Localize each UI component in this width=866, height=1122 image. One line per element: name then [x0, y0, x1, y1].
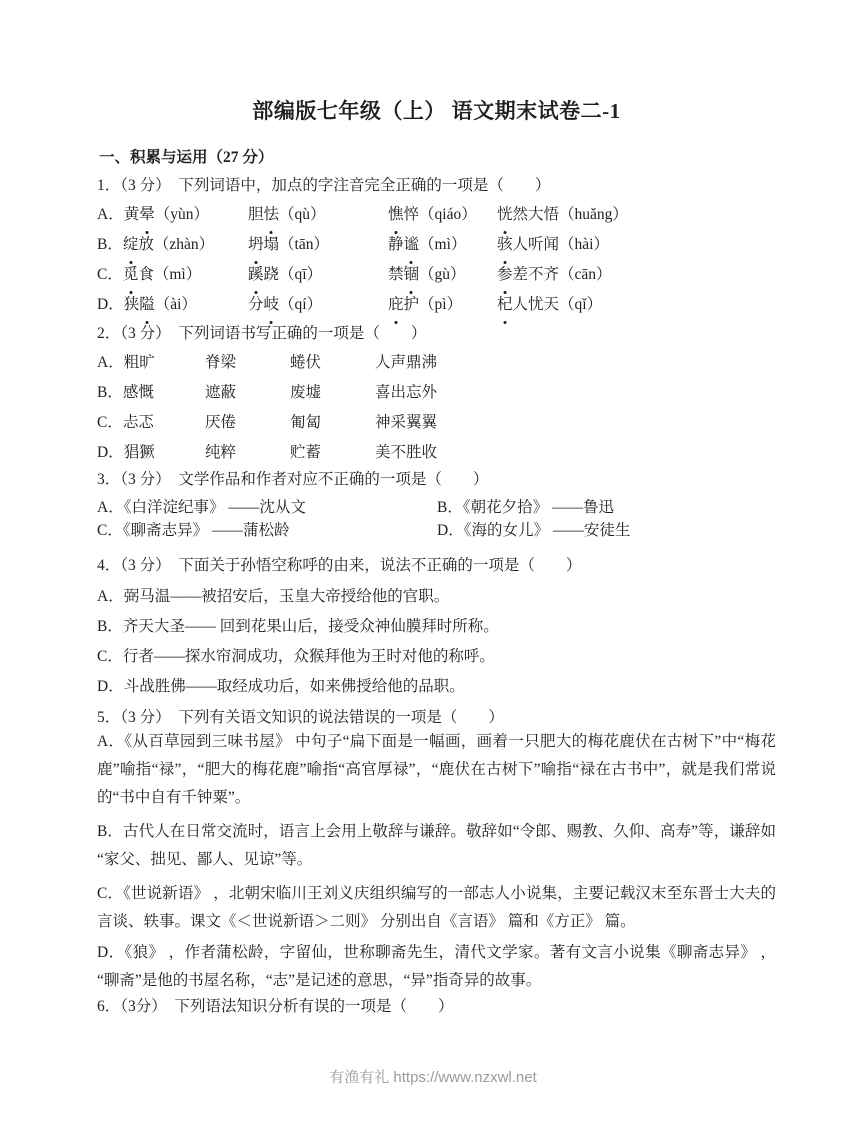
q2-option-d-word-2: 纯粹: [205, 438, 290, 468]
q4-option-b: B．齐天大圣—— 回到花果山后，接受众神仙膜拜时所称。: [97, 612, 776, 642]
q5-option-a: A．《从百草园到三味书屋》 中句子“扁下面是一幅画，画着一只肥大的梅花鹿伏在古树…: [97, 728, 776, 812]
q2-option-a-word-1: A．粗旷: [97, 348, 205, 378]
q1-option-d-word-2: 分岐（qí）: [248, 290, 388, 320]
q1-option-b-word-1: B．绽放（zhàn）: [97, 230, 248, 260]
q2-option-b-word-4: 喜出忘外: [375, 378, 776, 408]
q4-option-d: D．斗战胜佛——取经成功后，如来佛授给他的品职。: [97, 672, 776, 702]
q2-option-d-word-4: 美不胜收: [375, 438, 776, 468]
section-1-heading: 一、积累与运用（27 分）: [99, 148, 776, 168]
question-3-stem: 3．（3 分） 文学作品和作者对应不正确的一项是（ ）: [97, 470, 776, 490]
q5-option-d: D．《狼》 ，作者蒲松龄，字留仙，世称聊斋先生，清代文学家。著有文言小说集《聊斋…: [97, 939, 776, 995]
q3-option-b: B．《朝花夕拾》 ——鲁迅: [437, 496, 776, 519]
q3-option-d: D．《海的女儿》 ——安徒生: [437, 519, 776, 542]
question-5-stem: 5．（3 分） 下列有关语文知识的说法错误的一项是（ ）: [97, 708, 776, 728]
q1-option-a-word-4: 恍然大悟（huǎng）: [497, 200, 776, 230]
question-1-stem: 1．（3 分） 下列词语中，加点的字注音完全正确的一项是（ ）: [97, 176, 776, 196]
q2-option-b-word-1: B．感慨: [97, 378, 205, 408]
q3-option-c: C．《聊斋志异》 ——蒲松龄: [97, 519, 437, 542]
q2-option-b-word-3: 废墟: [290, 378, 375, 408]
q5-option-b: B．古代人在日常交流时，语言上会用上敬辞与谦辞。敬辞如“令郎、赐教、久仰、高寿”…: [97, 818, 776, 874]
q1-option-b-word-2: 坍塌（tān）: [248, 230, 388, 260]
q1-option-d-word-3: 庇护（pì）: [388, 290, 497, 320]
q4-option-c: C．行者——探水帘洞成功，众猴拜他为王时对他的称呼。: [97, 642, 776, 672]
q2-option-a-word-2: 脊梁: [205, 348, 290, 378]
q3-option-a: A．《白洋淀纪事》 ——沈从文: [97, 496, 437, 519]
question-4-options: A．弼马温——被招安后，玉皇大帝授给他的官职。 B．齐天大圣—— 回到花果山后，…: [97, 582, 776, 702]
question-6-stem: 6．（3分） 下列语法知识分析有误的一项是（ ）: [97, 997, 776, 1017]
q1-option-c-word-2: 蹊跷（qī）: [248, 260, 388, 290]
q1-option-a-word-3: 憔悴（qiáo）: [388, 200, 497, 230]
q2-option-a-word-3: 蜷伏: [290, 348, 375, 378]
watermark-footer: 有渔有礼 https://www.nzxwl.net: [0, 1066, 866, 1087]
question-4-stem: 4．（3 分） 下面关于孙悟空称呼的由来，说法不正确的一项是（ ）: [97, 556, 776, 576]
q2-option-d-word-3: 贮蓄: [290, 438, 375, 468]
q4-option-a: A．弼马温——被招安后，玉皇大帝授给他的官职。: [97, 582, 776, 612]
question-3-options: A．《白洋淀纪事》 ——沈从文 B．《朝花夕拾》 ——鲁迅 C．《聊斋志异》 —…: [97, 496, 776, 542]
q1-option-c-word-4: 参差不齐（cān）: [497, 260, 776, 290]
q2-option-c-word-4: 神采翼翼: [375, 408, 776, 438]
q2-option-d-word-1: D．猖獗: [97, 438, 205, 468]
q2-option-b-word-2: 遮蔽: [205, 378, 290, 408]
q1-option-a-word-2: 胆怯（qù）: [248, 200, 388, 230]
q2-option-c-word-1: C．忐忑: [97, 408, 205, 438]
q2-option-c-word-2: 厌倦: [205, 408, 290, 438]
q1-option-b-word-3: 静谧（mì）: [388, 230, 497, 260]
q2-option-c-word-3: 匍匐: [290, 408, 375, 438]
q1-option-b-word-4: 骇人听闻（hài）: [497, 230, 776, 260]
question-2-stem: 2．（3 分） 下列词语书写正确的一项是（ ）: [97, 324, 776, 344]
q5-option-c: C．《世说新语》 ，北朝宋临川王刘义庆组织编写的一部志人小说集，主要记载汉末至东…: [97, 880, 776, 936]
page-title: 部编版七年级（上） 语文期末试卷二-1: [97, 96, 776, 126]
q1-option-c-word-3: 禁锢（gù）: [388, 260, 497, 290]
q2-option-a-word-4: 人声鼎沸: [375, 348, 776, 378]
question-2-options: A．粗旷 脊梁 蜷伏 人声鼎沸 B．感慨 遮蔽 废墟 喜出忘外 C．忐忑 厌倦 …: [97, 348, 776, 468]
q1-option-c-word-1: C．觅食（mì）: [97, 260, 248, 290]
q1-option-a-word-1: A．黄晕（yùn）: [97, 200, 248, 230]
q1-option-d-word-1: D．狭隘（ài）: [97, 290, 248, 320]
document-content: 部编版七年级（上） 语文期末试卷二-1 一、积累与运用（27 分） 1．（3 分…: [0, 0, 866, 1017]
exam-document-page: 部编版七年级（上） 语文期末试卷二-1 一、积累与运用（27 分） 1．（3 分…: [0, 0, 866, 1122]
q1-option-d-word-4: 杞人忧天（qǐ）: [497, 290, 776, 320]
question-1-options: A．黄晕（yùn） 胆怯（qù） 憔悴（qiáo） 恍然大悟（huǎng） B．…: [97, 200, 776, 320]
